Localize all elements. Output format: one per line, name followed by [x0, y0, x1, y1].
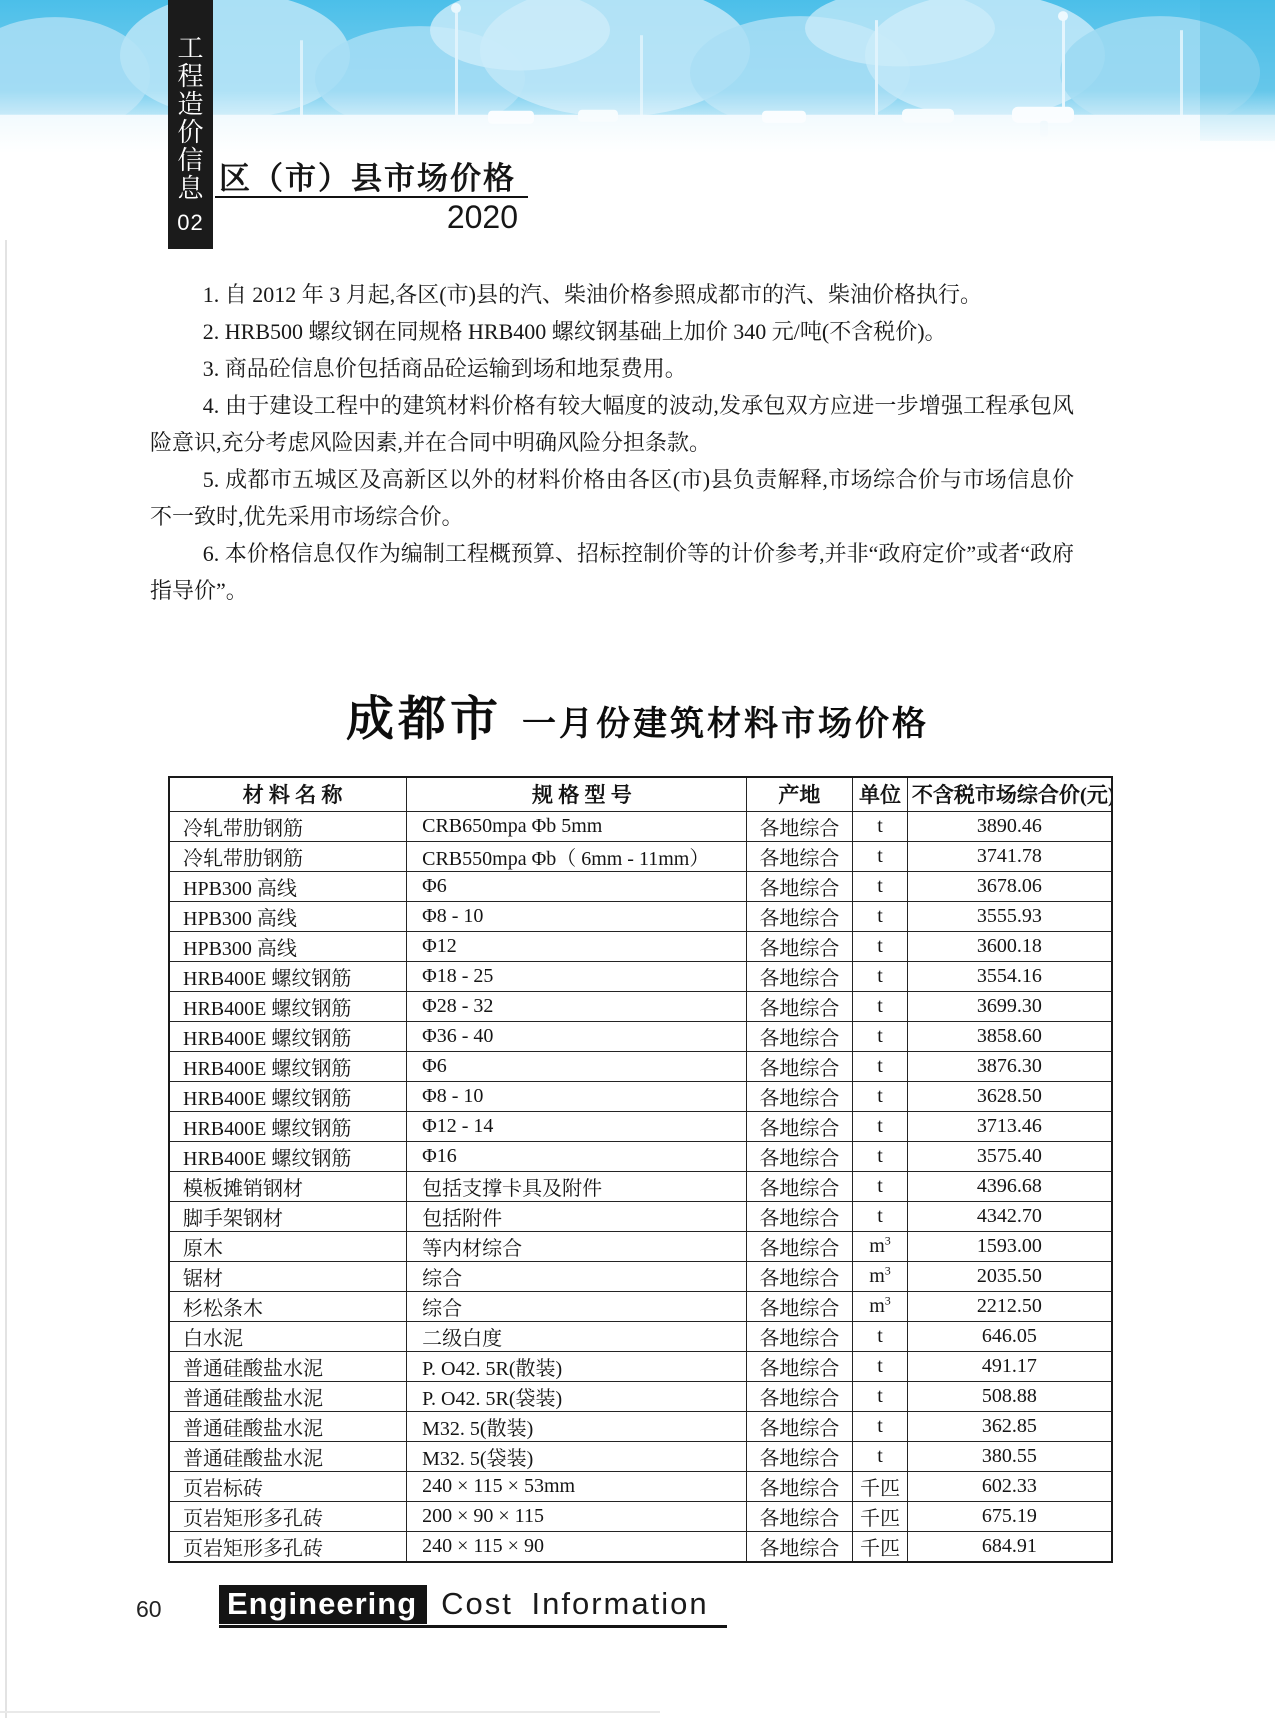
table-row: HRB400E 螺纹钢筋Φ8 - 10各地综合t3628.50 [169, 1081, 1112, 1111]
table-cell: 3575.40 [907, 1141, 1112, 1171]
table-cell: 各地综合 [746, 1171, 853, 1201]
column-header: 不含税市场综合价(元) [907, 777, 1112, 811]
table-row: 页岩矩形多孔砖240 × 115 × 90各地综合千匹684.91 [169, 1531, 1112, 1562]
table-cell: 各地综合 [746, 1291, 853, 1321]
table-cell: 各地综合 [746, 1141, 853, 1171]
sidebar-banner: 工程造价信息 02 [168, 0, 213, 249]
table-cell: 各地综合 [746, 1201, 853, 1231]
table-cell: 各地综合 [746, 991, 853, 1021]
column-header: 材 料 名 称 [169, 777, 407, 811]
table-cell: 锯材 [169, 1261, 407, 1291]
table-row: 原木等内材综合各地综合m31593.00 [169, 1231, 1112, 1261]
sidebar-char: 价 [177, 118, 203, 146]
table-cell: 491.17 [907, 1351, 1112, 1381]
table-cell: 2212.50 [907, 1291, 1112, 1321]
table-cell: 508.88 [907, 1381, 1112, 1411]
table-cell: Φ16 [407, 1141, 746, 1171]
table-cell: 各地综合 [746, 1441, 853, 1471]
notes-block: 1. 自 2012 年 3 月起,各区(市)县的汽、柴油价格参照成都市的汽、柴油… [150, 276, 1074, 609]
table-cell: t [853, 1321, 908, 1351]
table-cell: HPB300 高线 [169, 871, 407, 901]
sidebar-char: 工 [177, 34, 203, 62]
table-cell: 4342.70 [907, 1201, 1112, 1231]
table-cell: 千匹 [853, 1471, 908, 1501]
table-cell: 2035.50 [907, 1261, 1112, 1291]
table-cell: M32. 5(袋装) [407, 1441, 746, 1471]
sidebar-char: 息 [177, 174, 203, 202]
table-cell: Φ8 - 10 [407, 1081, 746, 1111]
table-cell: 各地综合 [746, 1021, 853, 1051]
table-cell: HPB300 高线 [169, 901, 407, 931]
table-cell: 各地综合 [746, 1531, 853, 1562]
table-cell: 各地综合 [746, 1471, 853, 1501]
table-cell: 3890.46 [907, 811, 1112, 841]
table-cell: 杉松条木 [169, 1291, 407, 1321]
table-cell: t [853, 1081, 908, 1111]
table-cell: HRB400E 螺纹钢筋 [169, 1021, 407, 1051]
table-cell: 3741.78 [907, 841, 1112, 871]
table-row: 冷轧带肋钢筋CRB550mpa Φb（ 6mm - 11mm）各地综合t3741… [169, 841, 1112, 871]
table-row: HRB400E 螺纹钢筋Φ12 - 14各地综合t3713.46 [169, 1111, 1112, 1141]
page: 工程造价信息 02 区（市）县市场价格 2020 1. 自 2012 年 3 月… [0, 0, 1275, 1718]
table-cell: t [853, 991, 908, 1021]
table-cell: t [853, 811, 908, 841]
table-cell: 各地综合 [746, 1381, 853, 1411]
table-cell: 240 × 115 × 53mm [407, 1471, 746, 1501]
table-cell: 各地综合 [746, 961, 853, 991]
table-cell: 各地综合 [746, 901, 853, 931]
table-cell: 普通硅酸盐水泥 [169, 1441, 407, 1471]
table-cell: 各地综合 [746, 1051, 853, 1081]
table-cell: HRB400E 螺纹钢筋 [169, 1081, 407, 1111]
table-cell: P. O42. 5R(散装) [407, 1351, 746, 1381]
table-cell: 602.33 [907, 1471, 1112, 1501]
table-cell: t [853, 1141, 908, 1171]
table-cell: t [853, 901, 908, 931]
table-cell: 包括支撑卡具及附件 [407, 1171, 746, 1201]
table-cell: 冷轧带肋钢筋 [169, 811, 407, 841]
table-cell: Φ28 - 32 [407, 991, 746, 1021]
table-cell: 3554.16 [907, 961, 1112, 991]
table-cell: 模板摊销钢材 [169, 1171, 407, 1201]
price-table: 材 料 名 称规 格 型 号产地单位不含税市场综合价(元) 冷轧带肋钢筋CRB6… [168, 776, 1113, 1563]
price-table-body: 冷轧带肋钢筋CRB650mpa Φb 5mm各地综合t3890.46冷轧带肋钢筋… [169, 811, 1112, 1562]
column-header: 规 格 型 号 [407, 777, 746, 811]
table-row: 模板摊销钢材包括支撑卡具及附件各地综合t4396.68 [169, 1171, 1112, 1201]
table-cell: 普通硅酸盐水泥 [169, 1411, 407, 1441]
table-cell: 684.91 [907, 1531, 1112, 1562]
table-row: HPB300 高线Φ8 - 10各地综合t3555.93 [169, 901, 1112, 931]
table-cell: P. O42. 5R(袋装) [407, 1381, 746, 1411]
table-cell: 1593.00 [907, 1231, 1112, 1261]
table-cell: t [853, 1021, 908, 1051]
table-cell: 4396.68 [907, 1171, 1112, 1201]
table-cell: 各地综合 [746, 841, 853, 871]
table-cell: Φ12 [407, 931, 746, 961]
table-cell: 3858.60 [907, 1021, 1112, 1051]
brand-engineering: Engineering [219, 1585, 427, 1624]
table-cell: 3600.18 [907, 931, 1112, 961]
table-cell: t [853, 1051, 908, 1081]
price-table-header-row: 材 料 名 称规 格 型 号产地单位不含税市场综合价(元) [169, 777, 1112, 811]
table-cell: 冷轧带肋钢筋 [169, 841, 407, 871]
table-cell: 3713.46 [907, 1111, 1112, 1141]
table-cell: t [853, 1111, 908, 1141]
column-header: 产地 [746, 777, 853, 811]
scan-edge-left [5, 240, 7, 1718]
table-cell: Φ8 - 10 [407, 901, 746, 931]
table-cell: 3876.30 [907, 1051, 1112, 1081]
section-title: 区（市）县市场价格 [219, 153, 516, 198]
table-cell: HRB400E 螺纹钢筋 [169, 991, 407, 1021]
table-cell: 646.05 [907, 1321, 1112, 1351]
table-cell: 包括附件 [407, 1201, 746, 1231]
table-cell: 页岩矩形多孔砖 [169, 1531, 407, 1562]
table-cell: HRB400E 螺纹钢筋 [169, 961, 407, 991]
price-table-head: 材 料 名 称规 格 型 号产地单位不含税市场综合价(元) [169, 777, 1112, 811]
table-cell: m3 [853, 1291, 908, 1321]
table-cell: 各地综合 [746, 1081, 853, 1111]
table-cell: 各地综合 [746, 1321, 853, 1351]
note-item: 3. 商品砼信息价包括商品砼运输到场和地泵费用。 [150, 350, 1074, 387]
table-cell: t [853, 1411, 908, 1441]
footer-brand: EngineeringCost Information [219, 1586, 727, 1628]
table-cell: t [853, 1201, 908, 1231]
table-cell: m3 [853, 1231, 908, 1261]
table-cell: 各地综合 [746, 1501, 853, 1531]
table-cell: t [853, 1441, 908, 1471]
table-cell: 362.85 [907, 1411, 1112, 1441]
table-cell: 3699.30 [907, 991, 1112, 1021]
table-cell: 各地综合 [746, 1411, 853, 1441]
table-cell: 千匹 [853, 1531, 908, 1562]
brand-cost-info: Cost Information [427, 1586, 726, 1621]
table-row: HRB400E 螺纹钢筋Φ28 - 32各地综合t3699.30 [169, 991, 1112, 1021]
table-cell: 240 × 115 × 90 [407, 1531, 746, 1562]
table-cell: Φ18 - 25 [407, 961, 746, 991]
note-item: 2. HRB500 螺纹钢在同规格 HRB400 螺纹钢基础上加价 340 元/… [150, 313, 1074, 350]
table-cell: 普通硅酸盐水泥 [169, 1351, 407, 1381]
table-row: 白水泥二级白度各地综合t646.05 [169, 1321, 1112, 1351]
table-cell: 3678.06 [907, 871, 1112, 901]
note-item: 6. 本价格信息仅作为编制工程概预算、招标控制价等的计价参考,并非“政府定价”或… [150, 535, 1074, 609]
table-row: HRB400E 螺纹钢筋Φ16各地综合t3575.40 [169, 1141, 1112, 1171]
table-cell: 各地综合 [746, 1261, 853, 1291]
table-cell: Φ6 [407, 1051, 746, 1081]
table-cell: 675.19 [907, 1501, 1112, 1531]
table-title: 成都市 一月份建筑材料市场价格 [0, 680, 1275, 749]
table-row: 冷轧带肋钢筋CRB650mpa Φb 5mm各地综合t3890.46 [169, 811, 1112, 841]
note-item: 5. 成都市五城区及高新区以外的材料价格由各区(市)县负责解释,市场综合价与市场… [150, 461, 1074, 535]
table-cell: 3555.93 [907, 901, 1112, 931]
table-row: 普通硅酸盐水泥M32. 5(散装)各地综合t362.85 [169, 1411, 1112, 1441]
table-cell: HRB400E 螺纹钢筋 [169, 1111, 407, 1141]
table-row: HRB400E 螺纹钢筋Φ36 - 40各地综合t3858.60 [169, 1021, 1112, 1051]
table-cell: CRB650mpa Φb 5mm [407, 811, 746, 841]
table-cell: 千匹 [853, 1501, 908, 1531]
table-cell: 页岩矩形多孔砖 [169, 1501, 407, 1531]
scan-edge-bottom [0, 1711, 660, 1713]
table-cell: 各地综合 [746, 1111, 853, 1141]
table-cell: Φ12 - 14 [407, 1111, 746, 1141]
table-cell: 380.55 [907, 1441, 1112, 1471]
table-cell: 白水泥 [169, 1321, 407, 1351]
sidebar-char: 信 [177, 146, 203, 174]
table-row: 普通硅酸盐水泥P. O42. 5R(散装)各地综合t491.17 [169, 1351, 1112, 1381]
table-cell: t [853, 1171, 908, 1201]
table-cell: Φ36 - 40 [407, 1021, 746, 1051]
table-row: 杉松条木综合各地综合m32212.50 [169, 1291, 1112, 1321]
table-title-text: 一月份建筑材料市场价格 [522, 696, 929, 745]
table-row: 普通硅酸盐水泥P. O42. 5R(袋装)各地综合t508.88 [169, 1381, 1112, 1411]
sidebar-char: 造 [177, 90, 203, 118]
note-item: 1. 自 2012 年 3 月起,各区(市)县的汽、柴油价格参照成都市的汽、柴油… [150, 276, 1074, 313]
table-cell: 200 × 90 × 115 [407, 1501, 746, 1531]
table-cell: t [853, 841, 908, 871]
table-cell: Φ6 [407, 871, 746, 901]
table-row: 普通硅酸盐水泥M32. 5(袋装)各地综合t380.55 [169, 1441, 1112, 1471]
table-row: HPB300 高线Φ6各地综合t3678.06 [169, 871, 1112, 901]
sidebar-vertical-title: 工程造价信息 [177, 34, 203, 202]
sidebar-char: 程 [177, 62, 203, 90]
table-cell: HRB400E 螺纹钢筋 [169, 1141, 407, 1171]
city-name: 成都市 [346, 680, 502, 749]
note-item: 4. 由于建设工程中的建筑材料价格有较大幅度的波动,发承包双方应进一步增强工程承… [150, 387, 1074, 461]
table-cell: m3 [853, 1261, 908, 1291]
table-cell: t [853, 1381, 908, 1411]
table-cell: 等内材综合 [407, 1231, 746, 1261]
table-cell: 综合 [407, 1291, 746, 1321]
table-cell: 3628.50 [907, 1081, 1112, 1111]
table-cell: 各地综合 [746, 871, 853, 901]
table-cell: M32. 5(散装) [407, 1411, 746, 1441]
table-cell: t [853, 871, 908, 901]
table-cell: HRB400E 螺纹钢筋 [169, 1051, 407, 1081]
table-cell: t [853, 961, 908, 991]
table-cell: 综合 [407, 1261, 746, 1291]
table-cell: t [853, 1351, 908, 1381]
table-row: 锯材综合各地综合m32035.50 [169, 1261, 1112, 1291]
table-cell: 各地综合 [746, 931, 853, 961]
table-cell: 脚手架钢材 [169, 1201, 407, 1231]
table-cell: CRB550mpa Φb（ 6mm - 11mm） [407, 841, 746, 871]
table-cell: HPB300 高线 [169, 931, 407, 961]
section-year: 2020 [215, 199, 518, 236]
table-row: HPB300 高线Φ12各地综合t3600.18 [169, 931, 1112, 961]
column-header: 单位 [853, 777, 908, 811]
table-cell: 各地综合 [746, 811, 853, 841]
table-row: 页岩标砖240 × 115 × 53mm各地综合千匹602.33 [169, 1471, 1112, 1501]
table-cell: t [853, 931, 908, 961]
table-cell: 各地综合 [746, 1231, 853, 1261]
table-cell: 页岩标砖 [169, 1471, 407, 1501]
table-cell: 原木 [169, 1231, 407, 1261]
table-cell: 各地综合 [746, 1351, 853, 1381]
table-row: 脚手架钢材包括附件各地综合t4342.70 [169, 1201, 1112, 1231]
table-row: HRB400E 螺纹钢筋Φ18 - 25各地综合t3554.16 [169, 961, 1112, 991]
page-number: 60 [136, 1596, 162, 1623]
table-cell: 普通硅酸盐水泥 [169, 1381, 407, 1411]
table-row: HRB400E 螺纹钢筋Φ6各地综合t3876.30 [169, 1051, 1112, 1081]
title-divider [215, 196, 528, 198]
table-cell: 二级白度 [407, 1321, 746, 1351]
sidebar-issue-number: 02 [177, 210, 203, 236]
table-row: 页岩矩形多孔砖200 × 90 × 115各地综合千匹675.19 [169, 1501, 1112, 1531]
